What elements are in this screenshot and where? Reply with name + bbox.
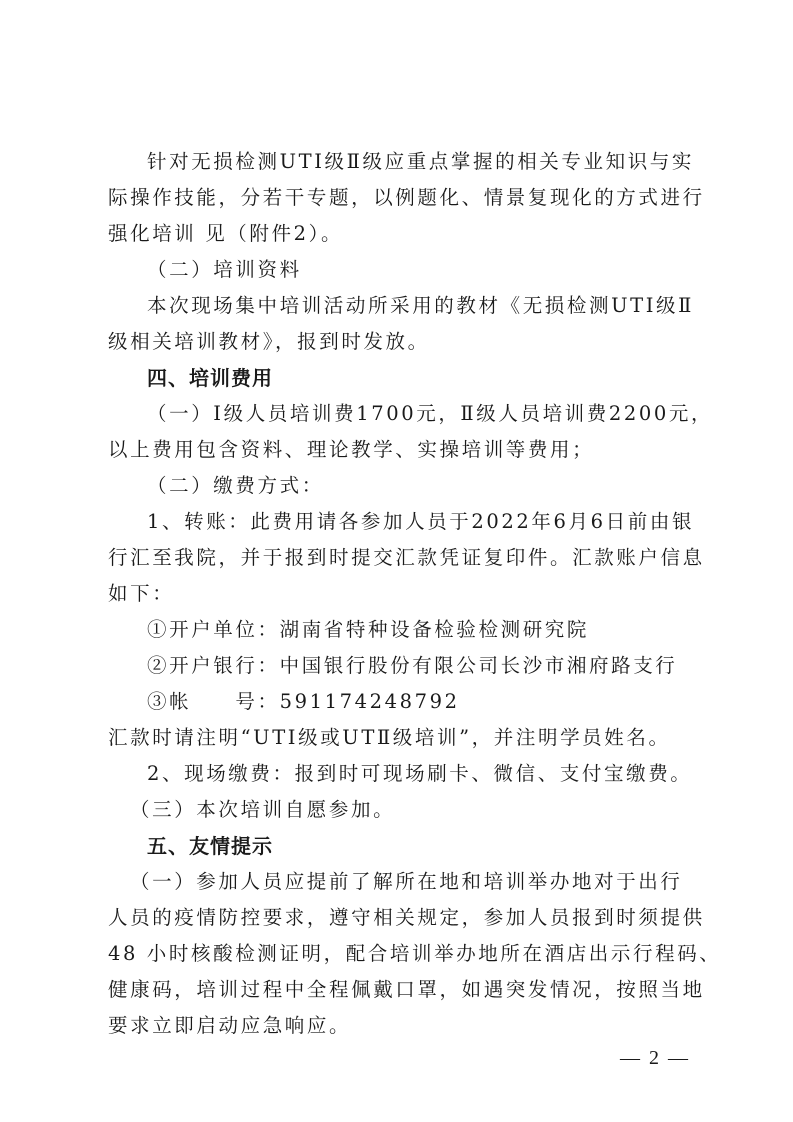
text-line: 强化培训 见（附件2）。 [108, 216, 686, 252]
page-number: — 2 — [620, 1047, 690, 1070]
text-line: 本次现场集中培训活动所采用的教材《无损检测UTⅠ级Ⅱ [108, 288, 686, 324]
text-line: 级相关培训教材》，报到时发放。 [108, 324, 686, 360]
paragraph-bank-transfer: 1、转账：此费用请各参加人员于2022年6月6日前由银 行汇至我院，并于报到时提… [108, 504, 686, 612]
text-line: 以上费用包含资料、理论教学、实操培训等费用； [108, 432, 686, 468]
section-heading-tips: 五、友情提示 [108, 828, 686, 864]
remittance-note: 汇款时请注明“UTⅠ级或UTⅡ级培训”，并注明学员姓名。 [108, 720, 686, 756]
text-line: 1、转账：此费用请各参加人员于2022年6月6日前由银 [108, 504, 686, 540]
voluntary-note: （三）本次培训自愿参加。 [108, 792, 686, 828]
paragraph-fee-amounts: （一）Ⅰ级人员培训费1700元，Ⅱ级人员培训费2200元， 以上费用包含资料、理… [108, 396, 686, 468]
text-line: 针对无损检测UTⅠ级Ⅱ级应重点掌握的相关专业知识与实 [108, 144, 686, 180]
text-line: 际操作技能，分若干专题，以例题化、情景复现化的方式进行 [108, 180, 686, 216]
paragraph-epidemic-tips: （一）参加人员应提前了解所在地和培训举办地对于出行 人员的疫情防控要求，遵守相关… [108, 864, 686, 1044]
text-line: 如下： [108, 576, 686, 612]
text-line: 要求立即启动应急响应。 [108, 1008, 686, 1044]
paragraph-materials: 本次现场集中培训活动所采用的教材《无损检测UTⅠ级Ⅱ 级相关培训教材》，报到时发… [108, 288, 686, 360]
text-line: 48 小时核酸检测证明，配合培训举办地所在酒店出示行程码、 [108, 936, 686, 972]
subheading-training-materials: （二）培训资料 [108, 252, 686, 288]
paragraph-training-content: 针对无损检测UTⅠ级Ⅱ级应重点掌握的相关专业知识与实 际操作技能，分若干专题，以… [108, 144, 686, 252]
account-number: ③帐 号：591174248792 [108, 684, 686, 720]
account-holder: ①开户单位：湖南省特种设备检验检测研究院 [108, 612, 686, 648]
account-bank: ②开户银行：中国银行股份有限公司长沙市湘府路支行 [108, 648, 686, 684]
onsite-payment: 2、现场缴费：报到时可现场刷卡、微信、支付宝缴费。 [108, 756, 686, 792]
text-line: （一）Ⅰ级人员培训费1700元，Ⅱ级人员培训费2200元， [108, 396, 686, 432]
text-line: 健康码，培训过程中全程佩戴口罩，如遇突发情况，按照当地 [108, 972, 686, 1008]
section-heading-fees: 四、培训费用 [108, 360, 686, 396]
document-page: 针对无损检测UTⅠ级Ⅱ级应重点掌握的相关专业知识与实 际操作技能，分若干专题，以… [108, 144, 686, 1044]
text-line: 人员的疫情防控要求，遵守相关规定，参加人员报到时须提供 [108, 900, 686, 936]
subheading-payment-method: （二）缴费方式： [108, 468, 686, 504]
text-line: （一）参加人员应提前了解所在地和培训举办地对于出行 [108, 864, 686, 900]
text-line: 行汇至我院，并于报到时提交汇款凭证复印件。汇款账户信息 [108, 540, 686, 576]
